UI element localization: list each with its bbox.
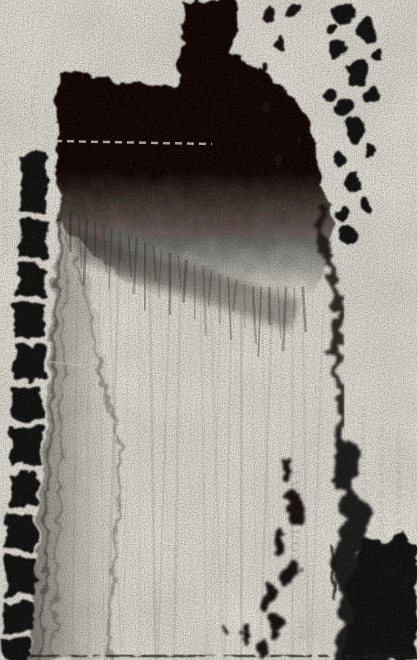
halftone-photo: вънлс не пдаж мтабоннще рассточнкьохт ва… xyxy=(0,0,417,660)
grain-overlay-light xyxy=(0,0,417,660)
book-page-scan: вънлс не пдаж мтабоннще рассточнкьохт ва… xyxy=(0,0,417,660)
